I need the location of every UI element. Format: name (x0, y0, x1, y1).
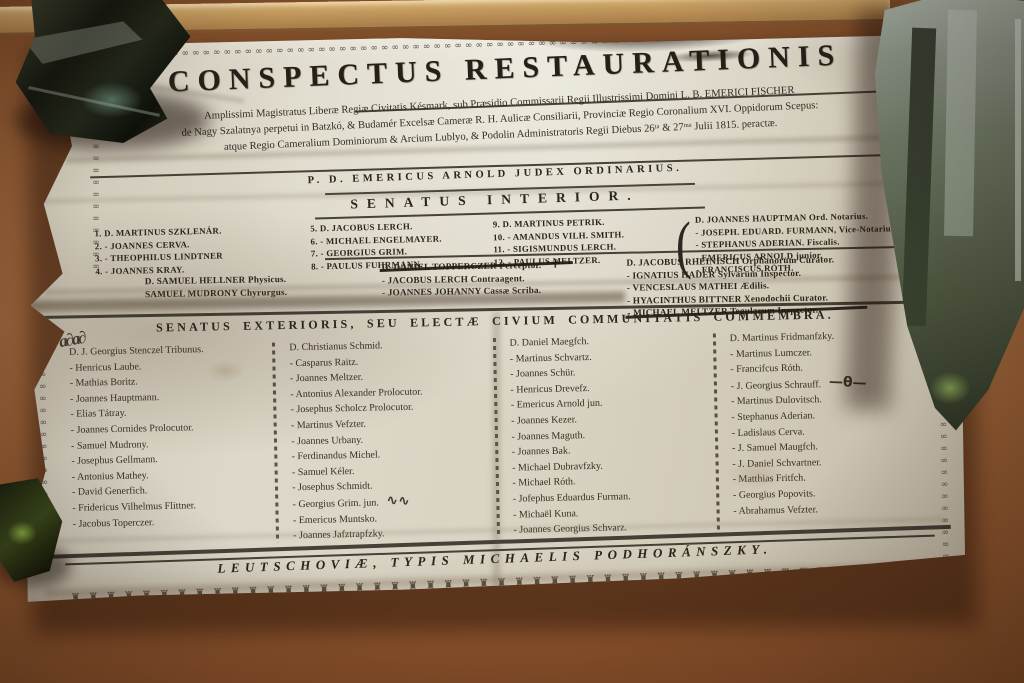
handwritten-mark: ∿∿ (386, 493, 410, 510)
glass-rim-highlight (1015, 19, 1021, 281)
glass-light-streak (944, 10, 977, 236)
exterior-column-2: D. Christianus Schmid.- Casparus Raitz.-… (275, 336, 496, 544)
glass-dark-streak (902, 28, 937, 327)
exterior-column-4: D. Martinus Fridmanfzky.- Martinus Lumcz… (716, 327, 937, 535)
exterior-column-3: D. Daniel Maegfch.- Martinus Schvartz.- … (495, 331, 716, 539)
handwritten-mark: + (549, 257, 562, 270)
exterior-column-1: D. J. Georgius Stenczel Tribunus.- Henri… (55, 341, 276, 549)
glass-glint (7, 521, 37, 545)
glass-glint (930, 372, 970, 404)
handwritten-mark: —θ— (829, 374, 867, 391)
official-line: - JOANNES JOHANNY Cassæ Scriba. (382, 283, 627, 299)
senatus-exterior-columns: D. J. Georgius Stenczel Tribunus.- Henri… (55, 327, 937, 549)
photo-scene: ∞∞∞∞∞∞∞∞∞∞∞∞∞∞∞∞∞∞∞∞∞∞∞∞∞∞∞∞∞∞∞∞∞∞∞∞∞∞∞∞… (0, 0, 1024, 683)
